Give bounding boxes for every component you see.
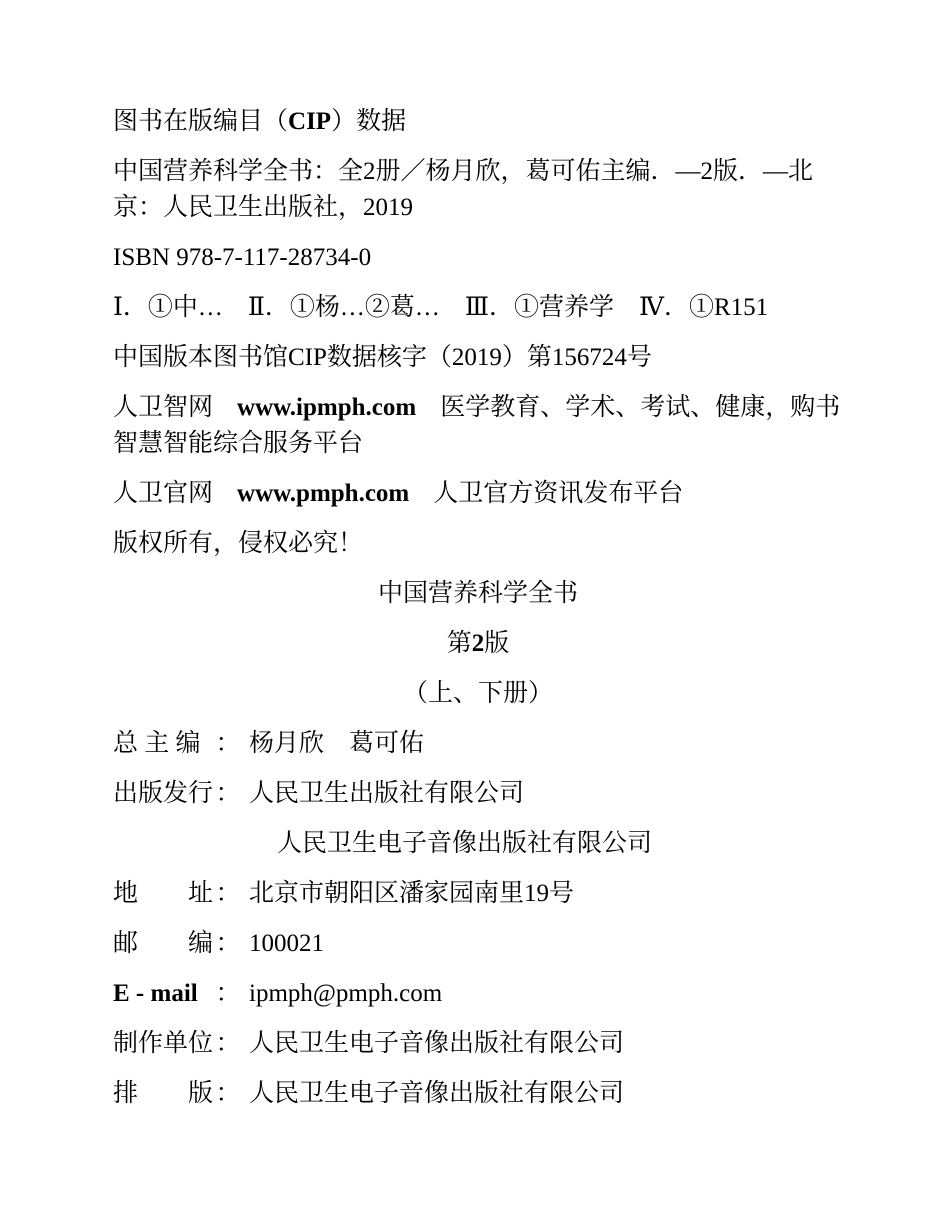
field-label-email: E - mail: [113, 976, 213, 1012]
field-value-publisher: 人民卫生出版社有限公司: [249, 776, 524, 812]
field-label-postcode: 邮 编: [113, 926, 213, 962]
copyright-notice: 版权所有，侵权必究！: [113, 526, 843, 562]
cip-header-cip: CIP: [288, 108, 331, 135]
field-label-typesetting: 排 版: [113, 1076, 213, 1112]
field-row-production-unit: 制作单位 ： 人民卫生电子音像出版社有限公司: [113, 1026, 843, 1062]
field-value-email: ipmph@pmph.com: [249, 976, 442, 1012]
edition-number: 2: [472, 630, 485, 657]
platform-ipmph-name: 人卫智网: [113, 394, 213, 421]
field-colon: ：: [213, 976, 243, 1012]
platform-pmph-description: 人卫官方资讯发布平台: [433, 480, 683, 507]
field-colon: ：: [213, 1076, 243, 1112]
field-label-address: 地 址: [113, 876, 213, 912]
field-colon: ：: [213, 876, 243, 912]
field-label-chief-editors: 总 主 编: [113, 726, 213, 762]
cip-header: 图书在版编目（CIP）数据: [113, 104, 843, 140]
edition-pre: 第: [447, 630, 472, 657]
volumes-line: （上、下册）: [113, 676, 843, 712]
field-label-publisher: 出版发行: [113, 776, 213, 812]
platform-pmph-name: 人卫官网: [113, 480, 213, 507]
field-colon: ：: [213, 776, 243, 812]
field-row-postcode: 邮 编 ： 100021: [113, 926, 843, 962]
field-row-publisher: 出版发行 ： 人民卫生出版社有限公司: [113, 776, 843, 812]
platform-ipmph: 人卫智网www.ipmph.com医学教育、学术、考试、健康，购书智慧智能综合服…: [113, 390, 843, 462]
field-colon: ：: [213, 1026, 243, 1062]
cip-header-post: ）数据: [331, 108, 406, 135]
field-row-email: E - mail ： ipmph@pmph.com: [113, 976, 843, 1012]
field-colon: ：: [213, 926, 243, 962]
field-row-chief-editors: 总 主 编 ： 杨月欣 葛可佑: [113, 726, 843, 762]
platform-pmph-url: www.pmph.com: [237, 480, 409, 507]
field-value-postcode: 100021: [249, 926, 324, 962]
field-value-chief-editors: 杨月欣 葛可佑: [249, 726, 424, 762]
edition-line: 第2版: [113, 626, 843, 662]
book-description: 中国营养科学全书：全2册／杨月欣，葛可佑主编．—2版．—北京：人民卫生出版社，2…: [113, 154, 843, 226]
copyright-page: 图书在版编目（CIP）数据 中国营养科学全书：全2册／杨月欣，葛可佑主编．—2版…: [0, 0, 950, 1229]
platform-ipmph-url: www.ipmph.com: [237, 394, 416, 421]
field-value-address: 北京市朝阳区潘家园南里19号: [249, 876, 574, 912]
platform-ipmph-description: 医学教育、学术、考试、健康，购书智慧智能综合服务平台: [113, 394, 840, 457]
field-colon: ：: [213, 726, 243, 762]
field-row-typesetting: 排 版 ： 人民卫生电子音像出版社有限公司: [113, 1076, 843, 1112]
field-value-production-unit: 人民卫生电子音像出版社有限公司: [249, 1026, 624, 1062]
cip-record-line: 中国版本图书馆CIP数据核字（2019）第156724号: [113, 340, 843, 376]
field-row-address: 地 址 ： 北京市朝阳区潘家园南里19号: [113, 876, 843, 912]
field-value-publisher-line2: 人民卫生电子音像出版社有限公司: [277, 826, 843, 862]
field-label-production-unit: 制作单位: [113, 1026, 213, 1062]
field-value-typesetting: 人民卫生电子音像出版社有限公司: [249, 1076, 624, 1112]
classification-line: Ⅰ．①中… Ⅱ．①杨…②葛… Ⅲ．①营养学 Ⅳ．①R151: [113, 290, 843, 326]
edition-post: 版: [484, 630, 509, 657]
isbn-line: ISBN 978-7-117-28734-0: [113, 240, 843, 276]
book-title: 中国营养科学全书: [113, 576, 843, 612]
cip-header-pre: 图书在版编目（: [113, 108, 288, 135]
platform-pmph: 人卫官网www.pmph.com人卫官方资讯发布平台: [113, 476, 843, 512]
